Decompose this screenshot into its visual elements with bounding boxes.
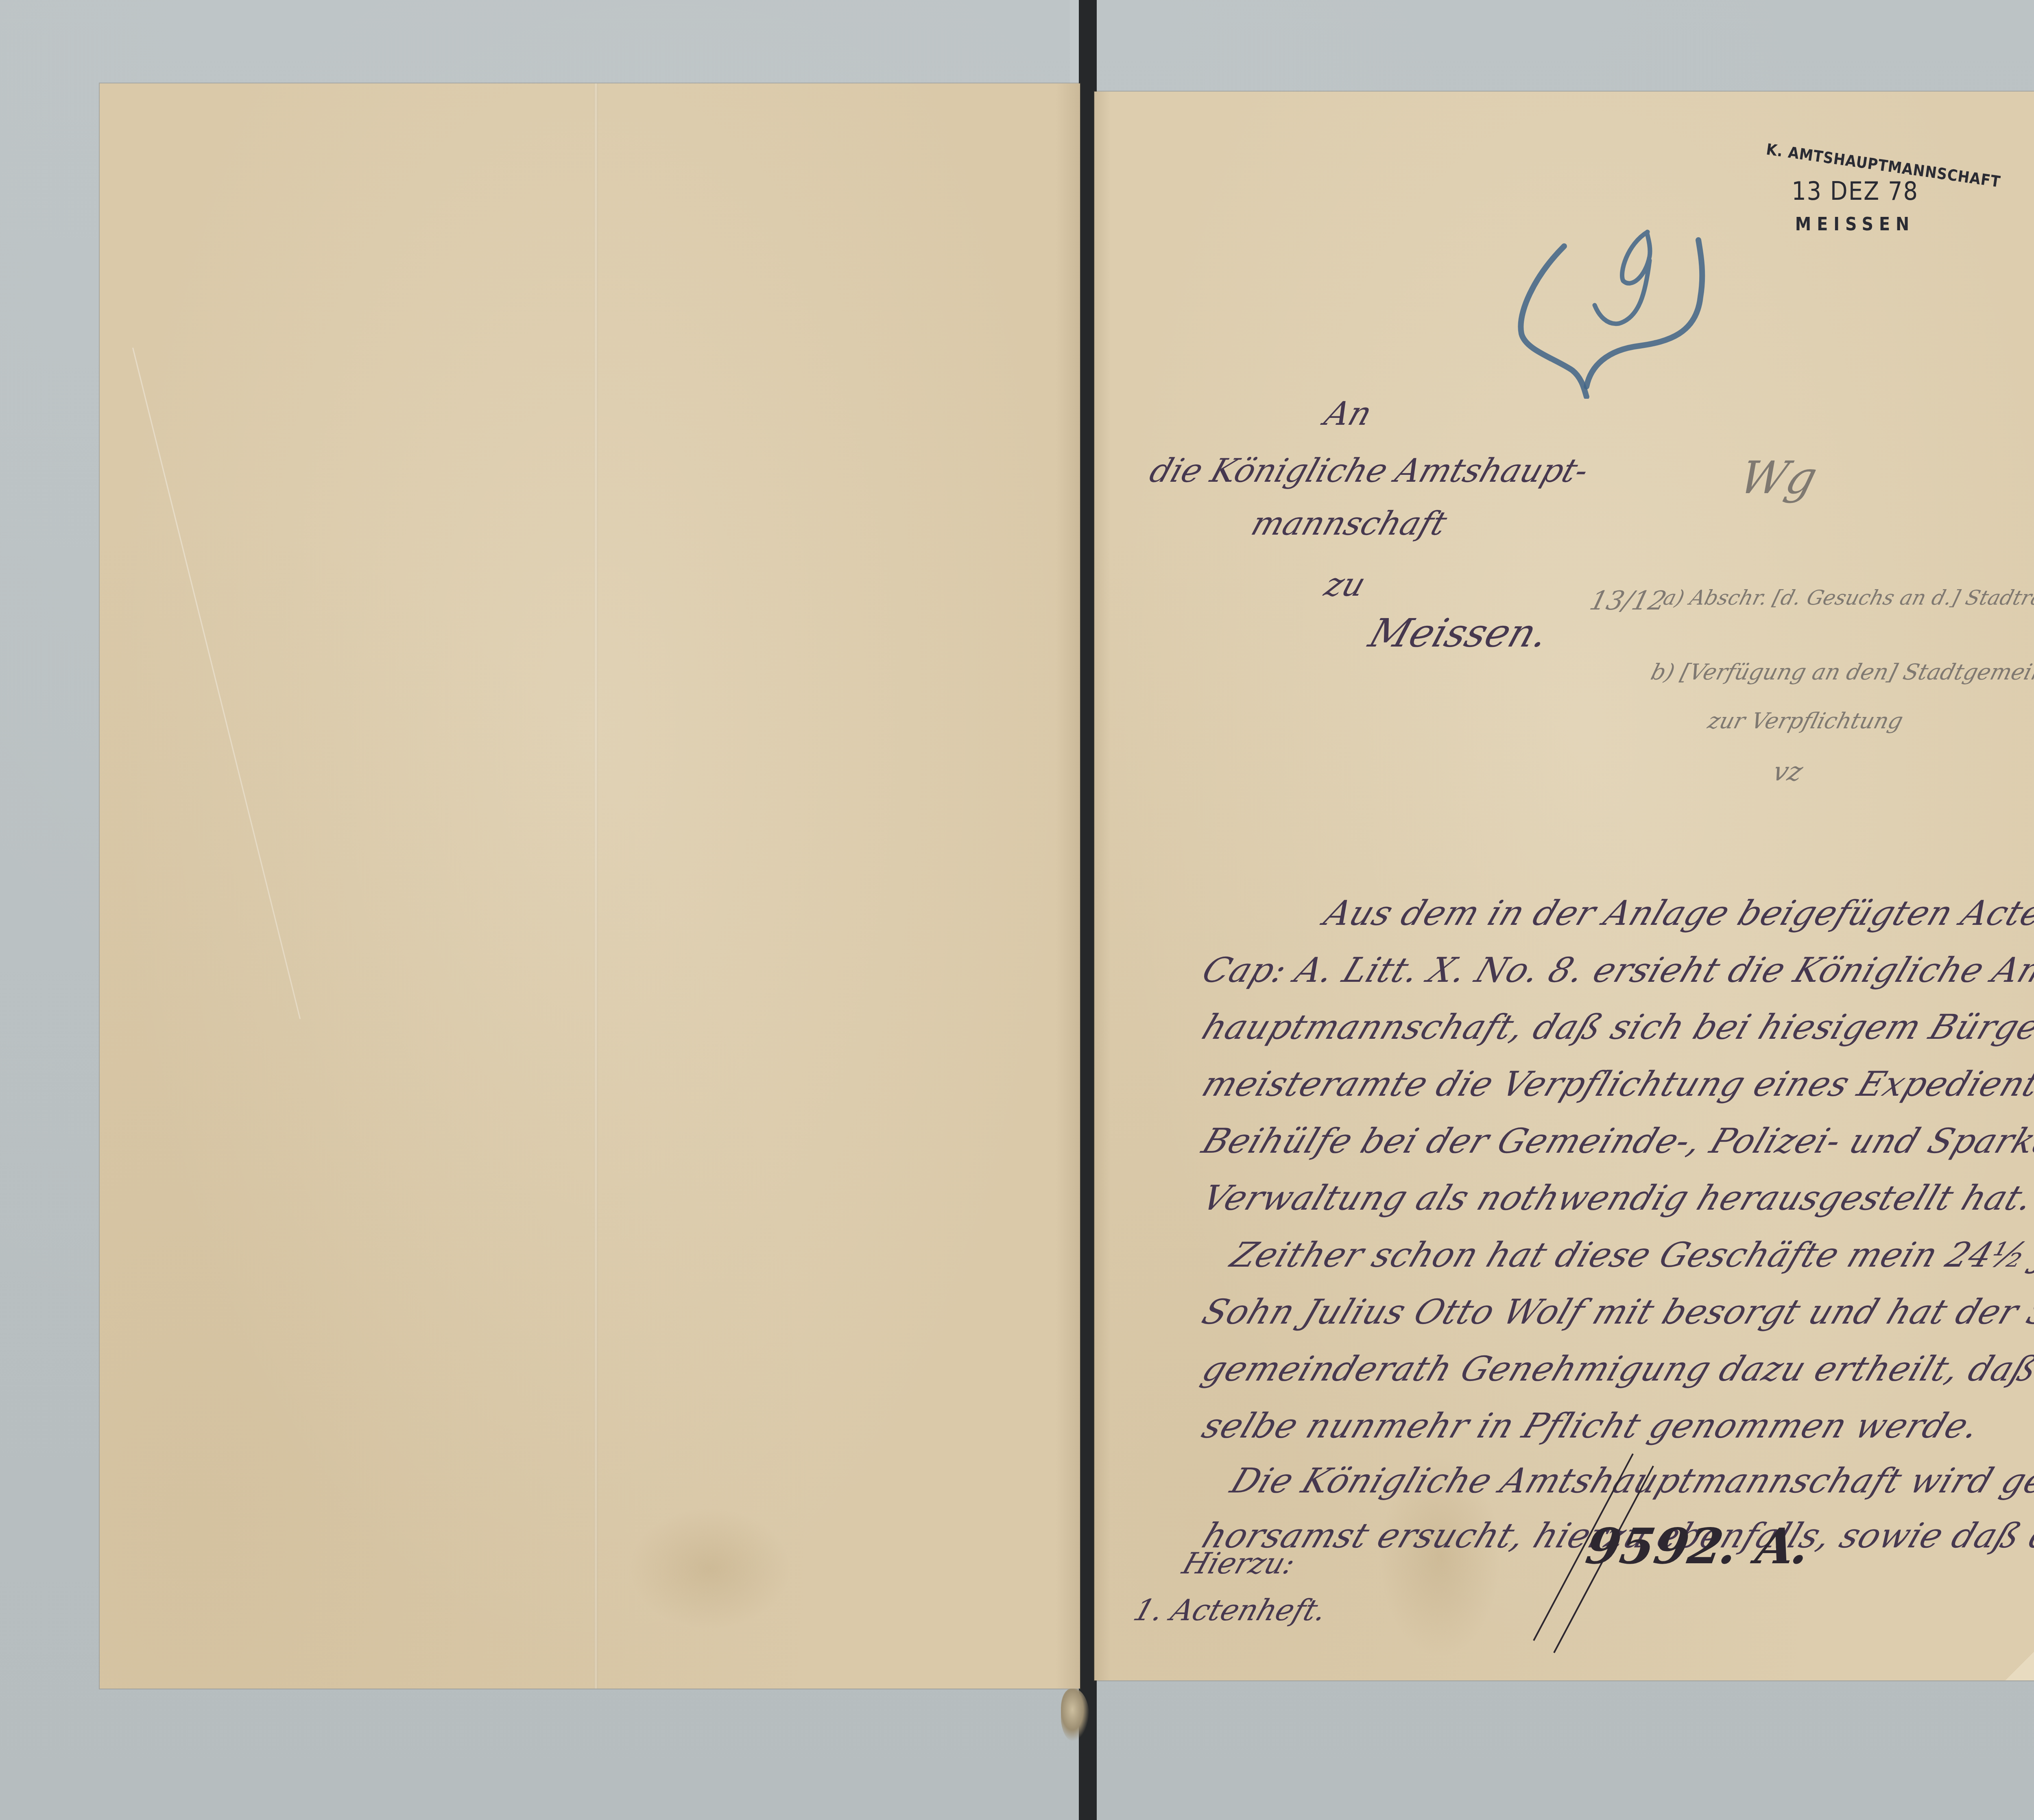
body-line: Die Königliche Amtshauptmannschaft wird … bbox=[1225, 1461, 2034, 1501]
body-line: Aus dem in der Anlage beigefügten Actenh… bbox=[1319, 893, 2034, 933]
body-line: meisteramte die Verpflichtung eines Expe… bbox=[1197, 1064, 2034, 1104]
body-line: Sohn Julius Otto Wolf mit besorgt und ha… bbox=[1197, 1292, 2034, 1332]
body-line: Beihülfe bei der Gemeinde-, Polizei- und… bbox=[1197, 1121, 2034, 1161]
body-line: selbe nunmehr in Pflicht genommen werde. bbox=[1197, 1406, 1986, 1446]
enclosure-heading: Hierzu: bbox=[1178, 1546, 1300, 1580]
address-line: mannschaft bbox=[1247, 505, 1452, 542]
body-line: Cap: A. Litt. X. No. 8. ersieht die Köni… bbox=[1197, 950, 2034, 990]
stamp-city: MEISSEN bbox=[1766, 214, 1945, 235]
pencil-initial: Wg bbox=[1734, 452, 1823, 504]
left-page bbox=[100, 83, 1080, 1689]
address-line: die Königliche Amtshaupt- bbox=[1145, 452, 1593, 489]
spine-edge bbox=[1070, 0, 1079, 94]
pencil-note-b: b) [Verfügung an den] Stadtgemeinderath bbox=[1648, 659, 2034, 685]
pencil-note-a: a) Abschr. [d. Gesuchs an d.] Stadtrath … bbox=[1661, 586, 2034, 610]
gutter-shadow bbox=[1094, 92, 1111, 1680]
reference-number: 9592. A. bbox=[1576, 1518, 1822, 1575]
paper-stain bbox=[629, 1508, 791, 1630]
receipt-stamp: K. AMTSHAUPTMANNSCHAFT 13 DEZ 78 MEISSEN bbox=[1766, 153, 1945, 235]
gutter-shadow bbox=[1056, 83, 1080, 1689]
body-line: gemeinderath Genehmigung dazu ertheilt, … bbox=[1197, 1349, 2034, 1389]
body-line: Verwaltung als nothwendig herausgestellt… bbox=[1197, 1178, 2034, 1218]
vertical-fold bbox=[594, 83, 598, 1689]
body-line: hauptmannschaft, daß sich bei hiesigem B… bbox=[1197, 1007, 2034, 1047]
folio-number-mark: (9) bbox=[1485, 228, 1713, 399]
pencil-date: 13/12 bbox=[1587, 586, 1670, 616]
address-city: Meissen. bbox=[1364, 610, 1555, 656]
pencil-note-c: zur Verpflichtung bbox=[1705, 708, 1906, 734]
stamp-date: 13 DEZ 78 bbox=[1766, 176, 1945, 206]
paper-crease bbox=[132, 347, 301, 1019]
folded-corner bbox=[2001, 1611, 2034, 1680]
body-line: Zeither schon hat diese Geschäfte mein 2… bbox=[1225, 1235, 2034, 1275]
enclosure-item: 1. Actenheft. bbox=[1129, 1593, 1331, 1627]
